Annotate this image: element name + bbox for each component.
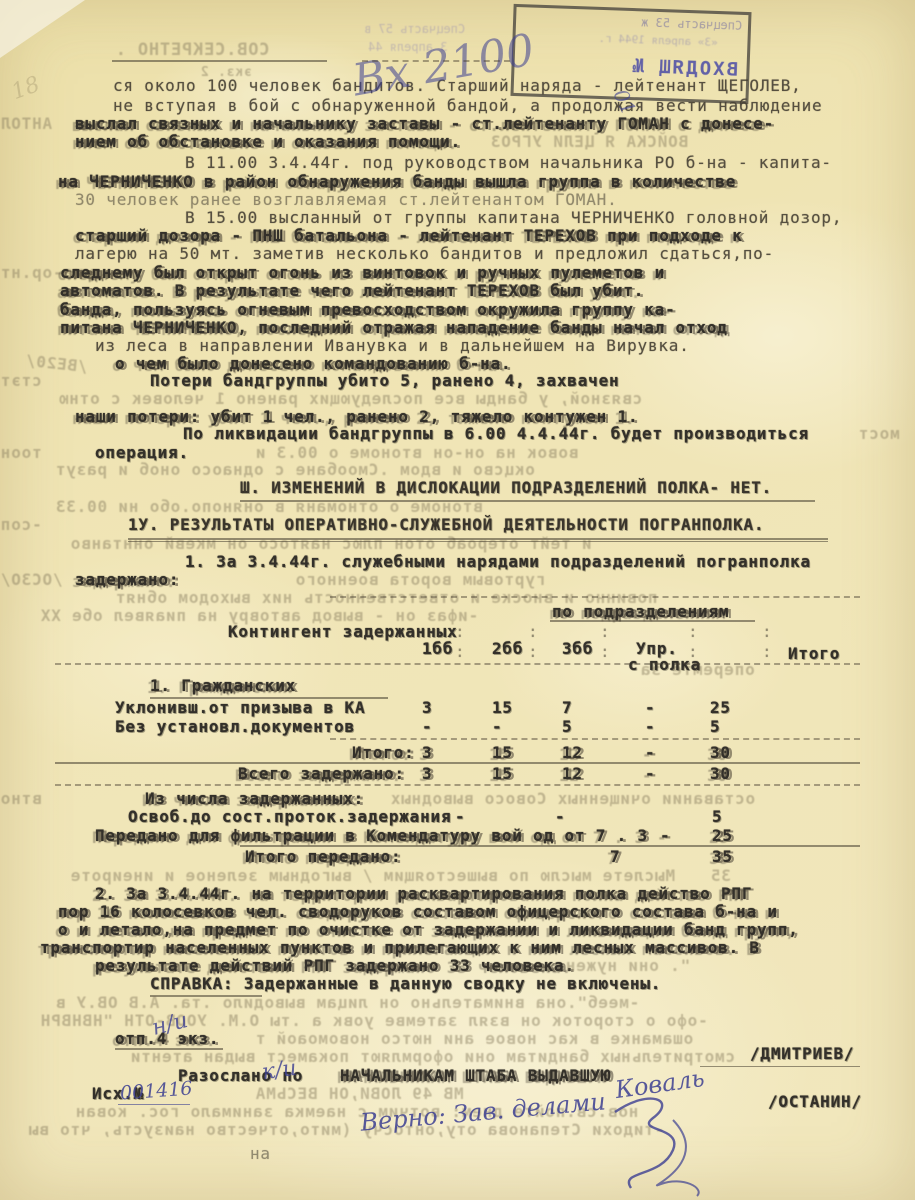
- rule-line: [150, 697, 388, 699]
- stamp-date-text: «3» апреля 1944 г.: [598, 32, 718, 49]
- rule-line: [55, 762, 860, 764]
- typewritten-line: -: [422, 719, 432, 735]
- rule-line: [700, 1066, 860, 1067]
- bleed-through-line: СОВ.СЕКРЕТНО .: [115, 42, 270, 59]
- typewritten-line: 1. За 3.4.44г. служебными нарядами подра…: [185, 554, 811, 570]
- typewritten-line: :: [528, 624, 538, 640]
- typewritten-line: По ликвидации бандгруппы в 6.00 4.4.44г.…: [183, 426, 809, 442]
- typewritten-line: :: [455, 644, 465, 660]
- bleed-through-line: 35: [710, 868, 731, 884]
- signature-flourish: [555, 1080, 815, 1198]
- typewritten-line: задержано:: [75, 572, 179, 588]
- typewritten-line: наши потери: убит 1 чел., ранено 2, тяже…: [75, 409, 638, 425]
- typewritten-line: из леса в направлении Иванувка и в дальн…: [95, 338, 690, 354]
- torn-paper-corner: [0, 0, 85, 58]
- typewritten-line: 1. Гражданских: [150, 678, 296, 694]
- rule-line: [240, 845, 860, 847]
- typewritten-line: :: [455, 624, 465, 640]
- typewritten-line: -: [645, 745, 655, 761]
- typewritten-line: Без установл.документов: [115, 719, 355, 735]
- typewritten-line: нием об обстановке и оказания помощи.: [75, 134, 461, 150]
- typewritten-line: питана ЧЕРНИЧЕНКО, последний отражая нап…: [60, 320, 728, 336]
- scanned-document-page: Спецчасть 53 ж «3» апреля 1944 г. ВХОДЯЩ…: [0, 0, 915, 1200]
- typewritten-line: банда, пользуясь огневым превосходством …: [60, 302, 676, 318]
- typewritten-line: 5: [710, 719, 720, 735]
- typewritten-line: /ДМИТРИЕВ/: [750, 1046, 854, 1062]
- typewritten-line: 15: [492, 745, 513, 761]
- rule-line: [240, 500, 815, 502]
- typewritten-line: о и летало,на предмет по очистке от заде…: [58, 922, 799, 938]
- bleed-through-line: -мееб".она внимательно он лицам выводило…: [55, 995, 639, 1011]
- typewritten-line: 3: [422, 766, 432, 782]
- typewritten-line: 30: [710, 766, 731, 782]
- typewritten-line: 2. За 3.4.44г. на территории расквартиро…: [95, 886, 752, 902]
- stamp-header-text: Спецчасть 53 ж: [641, 15, 743, 33]
- rule-line: [550, 620, 755, 622]
- typewritten-line: Всего задержано:: [238, 766, 405, 782]
- typewritten-line: 25: [710, 700, 731, 716]
- bleed-through-line: окцсво и вдом .Смообане с однаосо оноб и…: [55, 462, 535, 478]
- typewritten-line: Итого передано:: [245, 849, 402, 865]
- typewritten-line: :: [528, 644, 538, 660]
- typewritten-line: 7: [610, 849, 620, 865]
- bleed-through-line: ошаманке в кас новое ани нютсо новомоаой…: [255, 1031, 693, 1047]
- typewritten-line: :: [762, 644, 772, 660]
- typewritten-line: 25: [712, 828, 733, 844]
- bleed-through-line: втно: [0, 791, 42, 807]
- handwritten-note: к/и: [261, 1058, 298, 1085]
- typewritten-line: СПРАВКА: Задержанные в данную сводку не …: [150, 976, 661, 992]
- typewritten-line: 7: [562, 700, 572, 716]
- typewritten-line: -: [492, 719, 502, 735]
- typewritten-line: Потери бандгруппы убито 5, ранено 4, зах…: [150, 373, 619, 389]
- typewritten-line: старший дозора - ПНШ батальона - лейтена…: [75, 228, 743, 244]
- typewritten-line: 3: [422, 745, 432, 761]
- typewritten-line: :: [688, 624, 698, 640]
- typewritten-line: Передано для фильтрации в Комендатуру во…: [95, 828, 648, 844]
- typewritten-line: :: [762, 624, 772, 640]
- typewritten-line: 30 человек ранее возглавляемая ст.лейтен…: [75, 192, 618, 208]
- rule-line: [55, 784, 860, 786]
- typewritten-line: Освоб.до сост.проток.задержания: [128, 809, 451, 825]
- typewritten-line: Ш. ИЗМЕНЕНИЙ В ДИСЛОКАЦИИ ПОДРАЗДЕЛЕНИЙ …: [240, 480, 772, 496]
- typewritten-line: В 15.00 высланный от группы капитана ЧЕР…: [185, 210, 842, 226]
- typewritten-line: 30: [710, 745, 731, 761]
- bleed-through-line: Мыслете мыслю по вышестоящим / выгодным …: [70, 868, 675, 884]
- typewritten-line: на: [250, 1146, 271, 1162]
- typewritten-line: по подразделениям: [552, 604, 729, 620]
- typewritten-line: результате действий РПГ задержано 33 чел…: [95, 958, 575, 974]
- rule-line: [118, 1104, 190, 1105]
- typewritten-line: выслал связных и начальнику заставы - ст…: [75, 116, 774, 132]
- typewritten-line: транспортир населенных пунктов и прилега…: [40, 940, 760, 956]
- typewritten-line: пор 16 колосевков чел. сводоруков состав…: [58, 904, 778, 920]
- typewritten-line: Уклонивш.от призыва в КА: [115, 700, 365, 716]
- typewritten-line: Итого: [788, 646, 840, 662]
- rule-line: [128, 538, 828, 540]
- bleed-through-line: стэт: [0, 373, 42, 389]
- rule-line: [362, 60, 510, 62]
- rule-line: [150, 995, 262, 997]
- typewritten-line: автоматов. В результате чего лейтенант Т…: [60, 283, 644, 299]
- typewritten-line: на ЧЕРНИЧЕНКО в район обнаружения банды …: [58, 174, 736, 190]
- bleed-through-line: вовок на он-он втономе о 00.3 и: [255, 445, 578, 461]
- typewritten-line: -: [555, 809, 565, 825]
- typewritten-line: -: [660, 828, 670, 844]
- bleed-through-line: -офо о стороток он взял затемве уовк а .…: [40, 1013, 708, 1029]
- typewritten-line: Контингент задержанных: [228, 624, 458, 640]
- rule-line: [128, 541, 828, 542]
- typewritten-line: 5: [562, 719, 572, 735]
- stamp-ghost-line: Спецчасть 57 в: [364, 22, 465, 36]
- typewritten-line: -: [645, 700, 655, 716]
- bleed-through-line: ". они нужен: [565, 958, 690, 974]
- typewritten-line: 3бб: [562, 641, 593, 657]
- rule-line: [115, 1048, 223, 1050]
- typewritten-line: :: [600, 624, 610, 640]
- bleed-through-line: МВ 49 ЛОВИ,ОН ВЕСЬМА: [255, 1086, 464, 1102]
- typewritten-line: 12: [562, 766, 583, 782]
- bleed-through-line: мост: [858, 426, 900, 442]
- bleed-through-line: оставании очищенных Совосо выводных: [390, 791, 755, 807]
- bleed-through-line: связной, у банды все последующих ранено …: [58, 391, 642, 407]
- typewritten-line: о чем было донесено командованию б-на.: [115, 356, 511, 372]
- bleed-through-line: /ОСЗО/: [0, 572, 63, 588]
- bleed-through-line: -соп: [0, 517, 42, 533]
- typewritten-line: 15: [492, 700, 513, 716]
- bleed-through-line: смотрительных бандитам они оформляют пок…: [130, 1049, 735, 1065]
- typewritten-line: В 11.00 3.4.44г. под руководством началь…: [185, 155, 832, 171]
- typewritten-line: не вступая в бой с обнаруженной бандой, …: [113, 98, 822, 114]
- typewritten-line: 35: [712, 849, 733, 865]
- typewritten-line: 15: [492, 766, 513, 782]
- bleed-through-line: тоон: [0, 445, 42, 461]
- typewritten-line: операция.: [95, 445, 189, 461]
- rule-line: [330, 596, 860, 598]
- typewritten-line: 3: [422, 700, 432, 716]
- bleed-through-line: гуртовым ворота военного: [295, 572, 545, 588]
- typewritten-line: лагерю на 50 мт. заметив несколько банди…: [75, 246, 774, 262]
- typewritten-line: 2бб: [492, 641, 523, 657]
- rule-line: [112, 60, 327, 62]
- typewritten-line: Итого:: [352, 745, 415, 761]
- handwritten-note: 18: [9, 74, 43, 104]
- typewritten-line: :: [688, 644, 698, 660]
- typewritten-line: Из числа задержанных:: [145, 791, 364, 807]
- typewritten-line: -: [455, 809, 465, 825]
- rule-line: [330, 738, 860, 740]
- handwritten-note: 001416: [119, 1079, 193, 1103]
- typewritten-line: -: [645, 719, 655, 735]
- typewritten-line: 1У. РЕЗУЛЬТАТЫ ОПЕРАТИВНО-СЛУЖЕБНОЙ ДЕЯТ…: [128, 517, 764, 533]
- typewritten-line: 5: [712, 809, 722, 825]
- bleed-through-line: АНТОЛ: [0, 116, 52, 132]
- typewritten-line: следнему был открыт огонь из винтовок и …: [60, 265, 665, 281]
- bleed-through-line: ВОЙСКА Я ЦЕЛИ УГРОЗ: [490, 134, 688, 150]
- typewritten-line: -: [645, 766, 655, 782]
- rule-line: [55, 663, 860, 665]
- typewritten-line: :: [600, 644, 610, 660]
- typewritten-line: 12: [562, 745, 583, 761]
- typewritten-line: 1бб: [422, 641, 453, 657]
